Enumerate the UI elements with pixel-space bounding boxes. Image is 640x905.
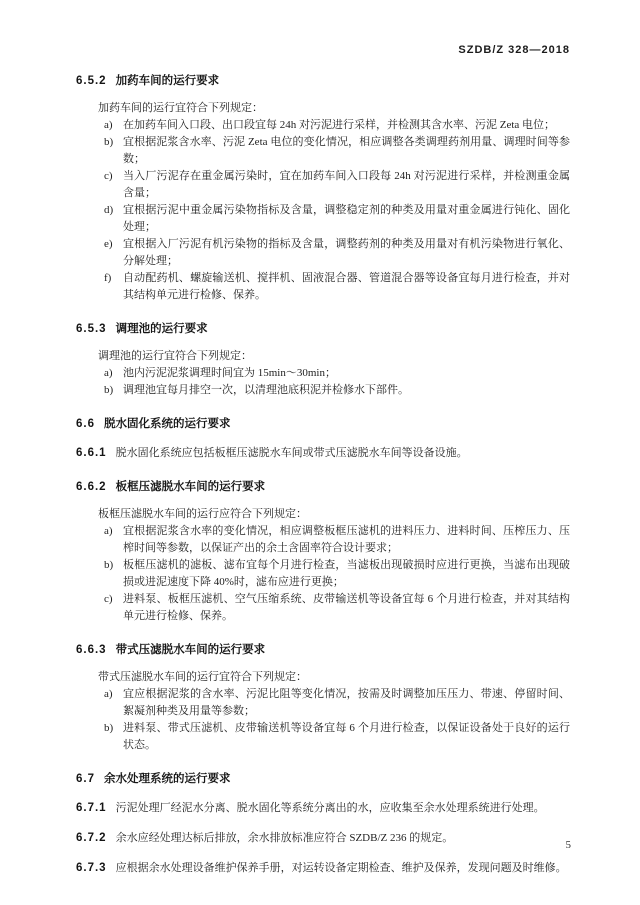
list-item-marker: e): [104, 236, 123, 270]
section-title: 调理池的运行要求: [116, 322, 208, 337]
list-item-text: 进料泵、带式压滤机、皮带输送机等设备宜每 6 个月进行检查，以保证设备处于良好的…: [123, 720, 570, 754]
list-item: b) 宜根据泥浆含水率、污泥 Zeta 电位的变化情况，相应调整各类调理药剂用量…: [76, 134, 570, 168]
list-item: a) 宜根据泥浆含水率的变化情况，相应调整板框压滤机的进料压力、进料时间、压榨压…: [76, 523, 570, 557]
list-item: c) 当入厂污泥存在重金属污染时，宜在加药车间入口段每 24h 对污泥进行采样，…: [76, 168, 570, 202]
list-item-marker: b): [104, 382, 123, 399]
list-item-text: 当入厂污泥存在重金属污染时，宜在加药车间入口段每 24h 对污泥进行采样，并检测…: [123, 168, 570, 202]
section-intro: 加药车间的运行宜符合下列规定：: [76, 100, 570, 117]
list-item: a) 宜应根据泥浆的含水率、污泥比阻等变化情况，按需及时调整加压压力、带速、停留…: [76, 686, 570, 720]
clause-6-7-2: 6.7.2 余水应经处理达标后排放，余水排放标准应符合 SZDB/Z 236 的…: [76, 830, 570, 847]
clause-6-7-3: 6.7.3 应根据余水处理设备维护保养手册，对运转设备定期检查、维护及保养，发现…: [76, 860, 570, 877]
section-intro: 带式压滤脱水车间的运行宜符合下列规定：: [76, 669, 570, 686]
section-title: 板框压滤脱水车间的运行要求: [116, 480, 266, 495]
list-item-marker: f): [104, 270, 123, 304]
list-item: c) 进料泵、板框压滤机、空气压缩系统、皮带输送机等设备宜每 6 个月进行检查，…: [76, 591, 570, 625]
list-item-text: 调理池宜每月排空一次，以清理池底积泥并检修水下部件。: [123, 382, 570, 399]
section-number: 6.5.3: [76, 322, 107, 337]
list-item-text: 板框压滤机的滤板、滤布宜每个月进行检查，当滤板出现破损时应进行更换，当滤布出现破…: [123, 557, 570, 591]
section-title: 脱水固化系统的运行要求: [104, 417, 231, 432]
section-title: 余水处理系统的运行要求: [104, 772, 231, 787]
list-item-marker: d): [104, 202, 123, 236]
section-intro: 板框压滤脱水车间的运行应符合下列规定：: [76, 506, 570, 523]
list-item-marker: c): [104, 591, 123, 625]
list-item-marker: b): [104, 134, 123, 168]
list-item-marker: b): [104, 557, 123, 591]
section-heading-6-5-2: 6.5.2 加药车间的运行要求: [76, 74, 570, 89]
section-number: 6.5.2: [76, 74, 107, 89]
list-6-5-3: a) 池内污泥泥浆调理时间宜为 15min～30min； b) 调理池宜每月排空…: [76, 365, 570, 399]
list-item: d) 宜根据污泥中重金属污染物指标及含量，调整稳定剂的种类及用量对重金属进行钝化…: [76, 202, 570, 236]
section-title: 加药车间的运行要求: [116, 74, 220, 89]
clause-6-6-1: 6.6.1 脱水固化系统应包括板框压滤脱水车间或带式压滤脱水车间等设备设施。: [76, 445, 570, 462]
list-item-marker: a): [104, 365, 123, 382]
list-item: b) 板框压滤机的滤板、滤布宜每个月进行检查，当滤板出现破损时应进行更换，当滤布…: [76, 557, 570, 591]
list-item-text: 宜根据入厂污泥有机污染物的指标及含量，调整药剂的种类及用量对有机污染物进行氧化、…: [123, 236, 570, 270]
section-heading-6-5-3: 6.5.3 调理池的运行要求: [76, 322, 570, 337]
list-item-marker: a): [104, 117, 123, 134]
list-item-text: 宜应根据泥浆的含水率、污泥比阻等变化情况，按需及时调整加压压力、带速、停留时间、…: [123, 686, 570, 720]
list-item-marker: a): [104, 686, 123, 720]
list-item-marker: a): [104, 523, 123, 557]
section-number: 6.6.2: [76, 480, 107, 495]
list-item-text: 进料泵、板框压滤机、空气压缩系统、皮带输送机等设备宜每 6 个月进行检查，并对其…: [123, 591, 570, 625]
list-6-6-3: a) 宜应根据泥浆的含水率、污泥比阻等变化情况，按需及时调整加压压力、带速、停留…: [76, 686, 570, 754]
list-item-text: 宜根据污泥中重金属污染物指标及含量，调整稳定剂的种类及用量对重金属进行钝化、固化…: [123, 202, 570, 236]
clause-6-7-1: 6.7.1 污泥处理厂经泥水分离、脱水固化等系统分离出的水，应收集至余水处理系统…: [76, 800, 570, 817]
list-item-marker: b): [104, 720, 123, 754]
section-heading-6-6-3: 6.6.3 带式压滤脱水车间的运行要求: [76, 643, 570, 658]
list-6-6-2: a) 宜根据泥浆含水率的变化情况，相应调整板框压滤机的进料压力、进料时间、压榨压…: [76, 523, 570, 625]
list-item: b) 进料泵、带式压滤机、皮带输送机等设备宜每 6 个月进行检查，以保证设备处于…: [76, 720, 570, 754]
section-heading-6-7: 6.7 余水处理系统的运行要求: [76, 772, 570, 787]
clause-number: 6.7.1: [76, 800, 107, 817]
page-number: 5: [566, 839, 572, 851]
section-intro: 调理池的运行宜符合下列规定：: [76, 348, 570, 365]
section-heading-6-6: 6.6 脱水固化系统的运行要求: [76, 417, 570, 432]
section-number: 6.7: [76, 772, 95, 787]
list-item: f) 自动配药机、螺旋输送机、搅拌机、固液混合器、管道混合器等设备宜每月进行检查…: [76, 270, 570, 304]
clause-text: 脱水固化系统应包括板框压滤脱水车间或带式压滤脱水车间等设备设施。: [116, 445, 570, 462]
section-number: 6.6.3: [76, 643, 107, 658]
list-item-text: 自动配药机、螺旋输送机、搅拌机、固液混合器、管道混合器等设备宜每月进行检查，并对…: [123, 270, 570, 304]
clause-number: 6.7.3: [76, 860, 107, 877]
doc-code-header: SZDB/Z 328—2018: [76, 44, 570, 56]
list-item: a) 在加药车间入口段、出口段宜每 24h 对污泥进行采样，并检测其含水率、污泥…: [76, 117, 570, 134]
list-item-text: 在加药车间入口段、出口段宜每 24h 对污泥进行采样，并检测其含水率、污泥 Ze…: [123, 117, 570, 134]
clause-text: 余水应经处理达标后排放，余水排放标准应符合 SZDB/Z 236 的规定。: [116, 830, 570, 847]
document-page: SZDB/Z 328—2018 6.5.2 加药车间的运行要求 加药车间的运行宜…: [0, 0, 640, 905]
list-item: a) 池内污泥泥浆调理时间宜为 15min～30min；: [76, 365, 570, 382]
clause-text: 应根据余水处理设备维护保养手册，对运转设备定期检查、维护及保养，发现问题及时维修…: [116, 860, 570, 877]
list-item-text: 池内污泥泥浆调理时间宜为 15min～30min；: [123, 365, 570, 382]
list-item-marker: c): [104, 168, 123, 202]
clause-number: 6.7.2: [76, 830, 107, 847]
list-item: e) 宜根据入厂污泥有机污染物的指标及含量，调整药剂的种类及用量对有机污染物进行…: [76, 236, 570, 270]
section-title: 带式压滤脱水车间的运行要求: [116, 643, 266, 658]
list-item: b) 调理池宜每月排空一次，以清理池底积泥并检修水下部件。: [76, 382, 570, 399]
section-number: 6.6: [76, 417, 95, 432]
section-heading-6-6-2: 6.6.2 板框压滤脱水车间的运行要求: [76, 480, 570, 495]
list-item-text: 宜根据泥浆含水率的变化情况，相应调整板框压滤机的进料压力、进料时间、压榨压力、压…: [123, 523, 570, 557]
clause-number: 6.6.1: [76, 445, 107, 462]
clause-text: 污泥处理厂经泥水分离、脱水固化等系统分离出的水，应收集至余水处理系统进行处理。: [116, 800, 570, 817]
list-item-text: 宜根据泥浆含水率、污泥 Zeta 电位的变化情况，相应调整各类调理药剂用量、调理…: [123, 134, 570, 168]
list-6-5-2: a) 在加药车间入口段、出口段宜每 24h 对污泥进行采样，并检测其含水率、污泥…: [76, 117, 570, 304]
